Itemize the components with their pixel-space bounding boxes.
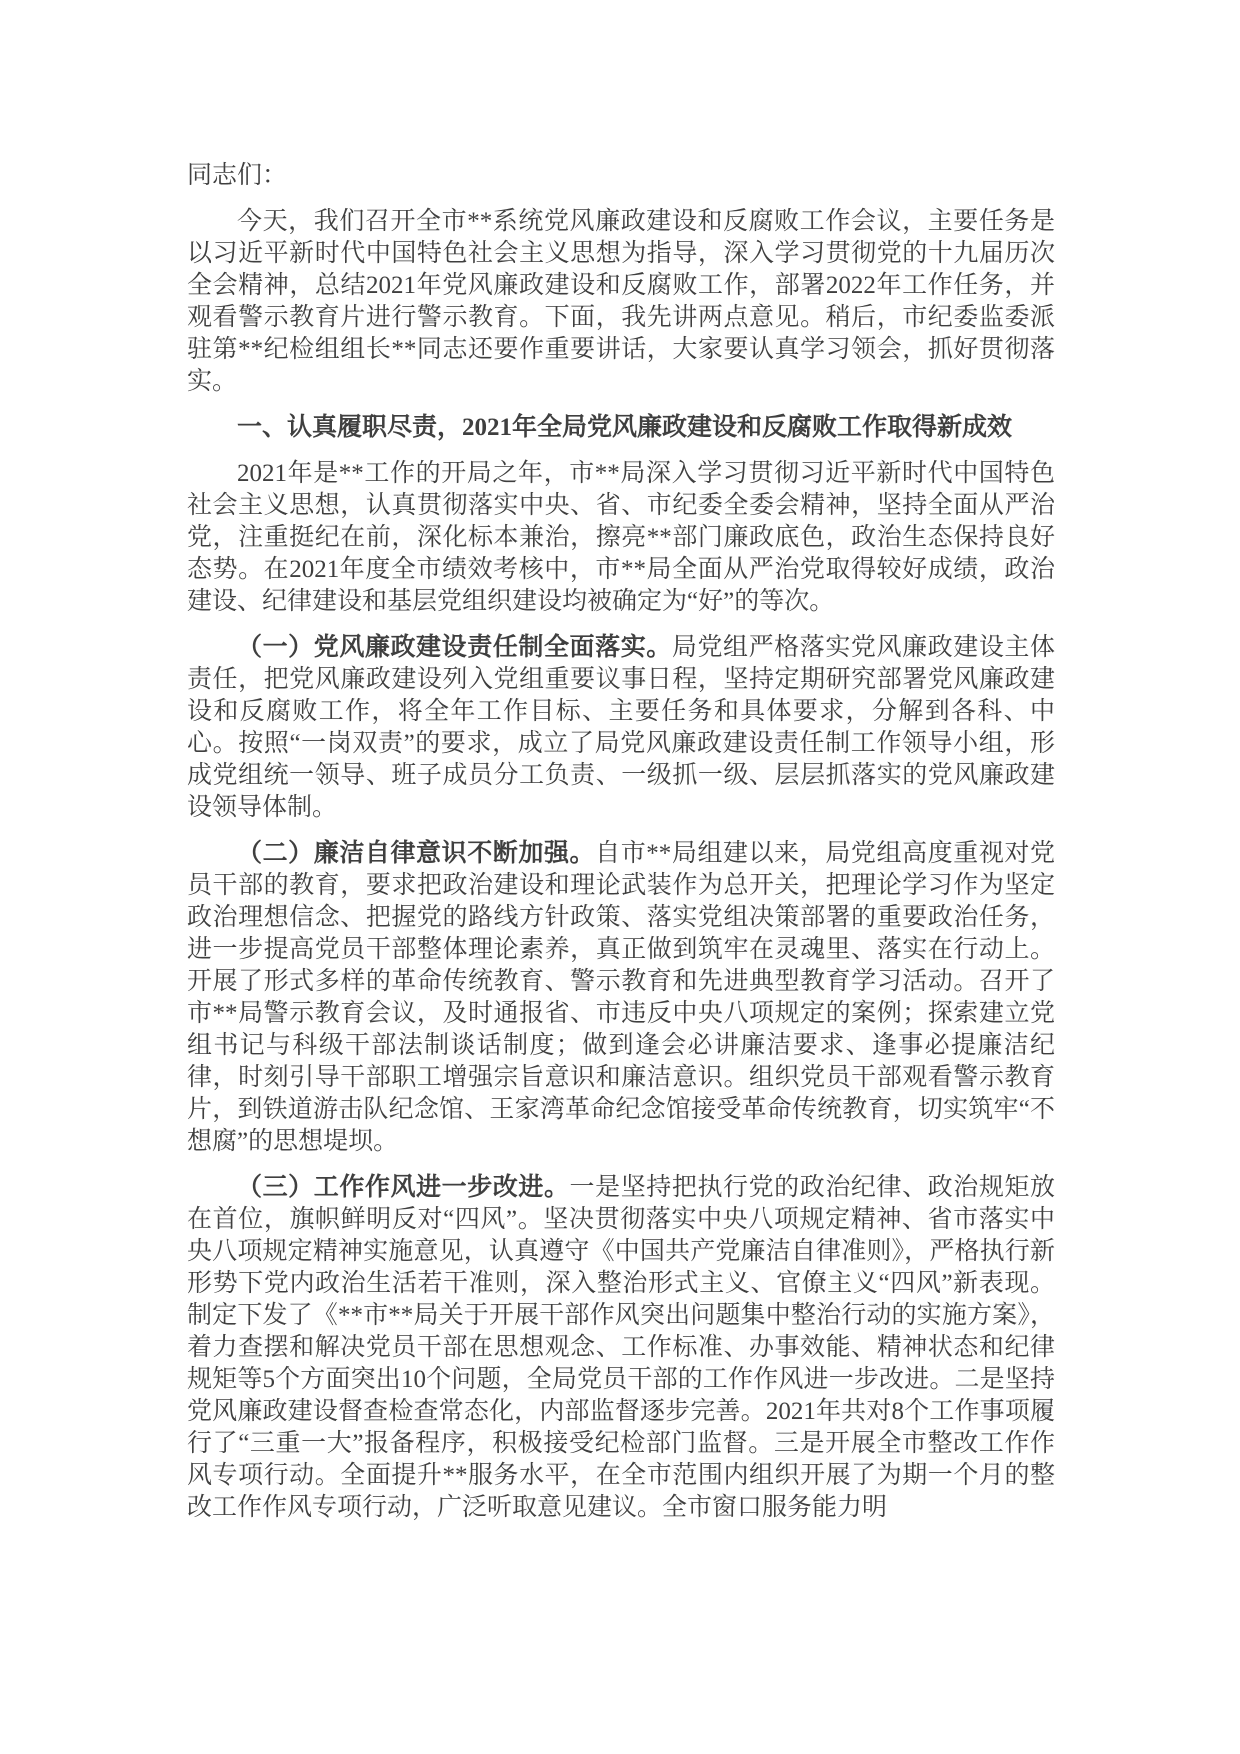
subsection-3-paragraph: （三）工作作风进一步改进。一是坚持把执行党的政治纪律、政治规矩放在首位，旗帜鲜明… xyxy=(187,1172,1055,1524)
section-1-heading: 一、认真履职尽责，2021年全局党风廉政建设和反腐败工作取得新成效 xyxy=(187,412,1055,444)
subsection-2-paragraph: （二）廉洁自律意识不断加强。自市**局组建以来，局党组高度重视对党员干部的教育，… xyxy=(187,838,1055,1158)
subsection-1-body: 局党组严格落实党风廉政建设主体责任，把党风廉政建设列入党组重要议事日程，坚持定期… xyxy=(187,634,1055,821)
section-1-intro: 2021年是**工作的开局之年，市**局深入学习贯彻习近平新时代中国特色社会主义… xyxy=(187,458,1055,618)
opening-paragraph: 今天，我们召开全市**系统党风廉政建设和反腐败工作会议，主要任务是以习近平新时代… xyxy=(187,206,1055,398)
salutation: 同志们： xyxy=(187,160,1055,192)
subsection-2-lead: （二）廉洁自律意识不断加强。 xyxy=(237,840,595,867)
subsection-1-paragraph: （一）党风廉政建设责任制全面落实。局党组严格落实党风廉政建设主体责任，把党风廉政… xyxy=(187,632,1055,824)
document-page: 同志们： 今天，我们召开全市**系统党风廉政建设和反腐败工作会议，主要任务是以习… xyxy=(0,0,1240,1754)
subsection-3-body: 一是坚持把执行党的政治纪律、政治规矩放在首位，旗帜鲜明反对“四风”。坚决贯彻落实… xyxy=(187,1174,1055,1521)
document-body: 同志们： 今天，我们召开全市**系统党风廉政建设和反腐败工作会议，主要任务是以习… xyxy=(187,160,1055,1524)
subsection-3-lead: （三）工作作风进一步改进。 xyxy=(237,1174,570,1201)
subsection-2-body: 自市**局组建以来，局党组高度重视对党员干部的教育，要求把政治建设和理论武装作为… xyxy=(187,840,1055,1155)
subsection-1-lead: （一）党风廉政建设责任制全面落实。 xyxy=(237,634,672,661)
